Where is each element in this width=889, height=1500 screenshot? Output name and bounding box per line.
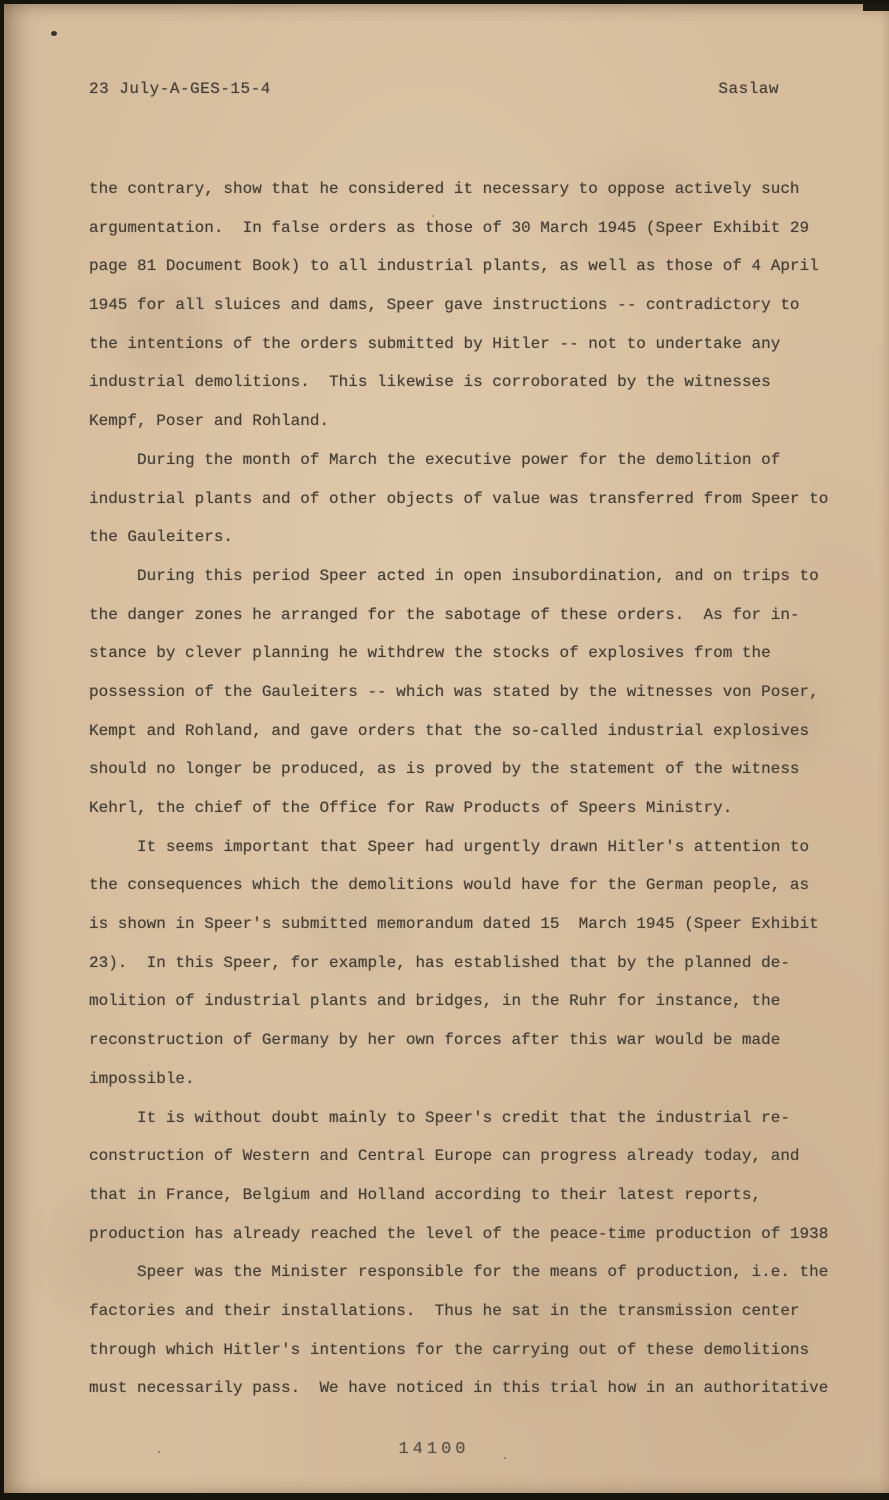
document-line: that in France, Belgium and Holland acco… bbox=[89, 1176, 859, 1215]
scan-corner-artifact bbox=[863, 4, 889, 11]
page-header: 23 July-A-GES-15-4 Saslaw bbox=[89, 80, 779, 98]
document-body: the contrary, show that he considered it… bbox=[89, 170, 859, 1408]
document-reference-number: 23 July-A-GES-15-4 bbox=[89, 80, 271, 98]
document-line: Speer was the Minister responsible for t… bbox=[89, 1253, 859, 1292]
document-line: reconstruction of Germany by her own for… bbox=[89, 1021, 859, 1060]
paper-speck bbox=[51, 31, 57, 36]
document-line: is shown in Speer's submitted memorandum… bbox=[89, 905, 859, 944]
document-line: stance by clever planning he withdrew th… bbox=[89, 634, 859, 673]
document-line: must necessarily pass. We have noticed i… bbox=[89, 1369, 859, 1408]
document-line: molition of industrial plants and bridge… bbox=[89, 982, 859, 1021]
document-line: During this period Speer acted in open i… bbox=[89, 557, 859, 596]
document-line: the Gauleiters. bbox=[89, 518, 859, 557]
document-line: factories and their installations. Thus … bbox=[89, 1292, 859, 1331]
document-line: industrial demolitions. This likewise is… bbox=[89, 363, 859, 402]
reporter-name: Saslaw bbox=[718, 80, 779, 98]
document-line: argumentation. In false orders as those … bbox=[89, 209, 859, 248]
document-line: Kehrl, the chief of the Office for Raw P… bbox=[89, 789, 859, 828]
document-line: the contrary, show that he considered it… bbox=[89, 170, 859, 209]
document-line: the danger zones he arranged for the sab… bbox=[89, 596, 859, 635]
document-line: the intentions of the orders submitted b… bbox=[89, 325, 859, 364]
document-line: Kempf, Poser and Rohland. bbox=[89, 402, 859, 441]
document-line: page 81 Document Book) to all industrial… bbox=[89, 247, 859, 286]
scanned-page: 23 July-A-GES-15-4 Saslaw the contrary, … bbox=[4, 4, 889, 1493]
document-line: 1945 for all sluices and dams, Speer gav… bbox=[89, 286, 859, 325]
document-line: It seems important that Speer had urgent… bbox=[89, 828, 859, 867]
document-line: possession of the Gauleiters -- which wa… bbox=[89, 673, 859, 712]
page-number: 14100 bbox=[89, 1440, 779, 1459]
document-line: impossible. bbox=[89, 1060, 859, 1099]
document-line: 23). In this Speer, for example, has est… bbox=[89, 944, 859, 983]
document-line: Kempt and Rohland, and gave orders that … bbox=[89, 712, 859, 751]
document-line: the consequences which the demolitions w… bbox=[89, 866, 859, 905]
document-line: During the month of March the executive … bbox=[89, 441, 859, 480]
document-line: through which Hitler's intentions for th… bbox=[89, 1331, 859, 1370]
document-line: should no longer be produced, as is prov… bbox=[89, 750, 859, 789]
document-line: construction of Western and Central Euro… bbox=[89, 1137, 859, 1176]
document-line: It is without doubt mainly to Speer's cr… bbox=[89, 1099, 859, 1138]
document-line: industrial plants and of other objects o… bbox=[89, 480, 859, 519]
document-line: production has already reached the level… bbox=[89, 1215, 859, 1254]
